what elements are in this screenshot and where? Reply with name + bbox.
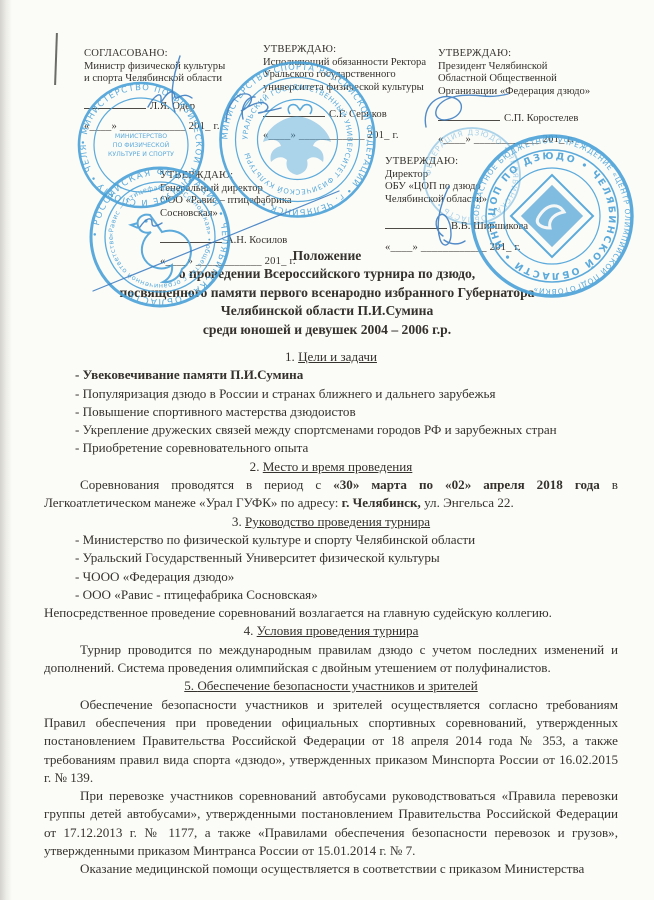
approval-org-line: Директор xyxy=(385,169,553,182)
safety-paragraph-1: Обеспечение безопасности участников и зр… xyxy=(44,696,618,787)
text-run: Соревнования проводятся в период с xyxy=(80,477,333,492)
stamp-center-text: КУЛЬТУРЕ И СПОРТУ xyxy=(108,151,174,158)
signature-kosilov xyxy=(140,219,162,227)
approval-org-line: Министр физической культуры xyxy=(84,61,252,74)
title-line: Челябинской области П.И.Сумина xyxy=(40,302,614,320)
approval-label: УТВЕРЖДАЮ: xyxy=(160,170,332,183)
approval-org-line: Организации «Федерация дзюдо» xyxy=(438,86,616,99)
date-line: «____» ____________ 201_ г. xyxy=(438,134,616,147)
list-item: - Укрепление дружеских связей между спор… xyxy=(75,421,618,439)
document-body: 1. Цели и задачи - Увековечивание памяти… xyxy=(44,348,618,879)
approval-label: УТВЕРЖДАЮ: xyxy=(438,48,616,61)
section-heading-venue: 2. Место и время проведения xyxy=(44,458,618,476)
list-item: - Приобретение соревновательного опыта xyxy=(75,439,618,457)
section-heading-conditions: 4. Условия проведения турнира xyxy=(44,622,618,640)
staple-mark xyxy=(54,33,58,85)
venue-paragraph: Соревнования проводятся в период с «30» … xyxy=(44,476,618,513)
approval-org-line: Президент Челябинской xyxy=(438,61,616,74)
approval-org-line: и спорта Челябинской области xyxy=(84,73,252,86)
stamp-center-text: ПО ФИЗИЧЕСКОЙ xyxy=(113,140,170,149)
document-page: СОГЛАСОВАНО: Министр физической культуры… xyxy=(0,0,654,900)
section-number: 4. xyxy=(244,623,257,638)
signatory-name: А.Н. Косилов xyxy=(226,235,287,246)
section-title: Место и время проведения xyxy=(263,459,413,474)
safety-paragraph-3: Оказание медицинской помощи осуществляет… xyxy=(44,860,618,878)
signature-line xyxy=(84,99,146,109)
signatory-name: С.Г. Сериков xyxy=(329,109,387,120)
approval-org-line: Областной Общественной xyxy=(438,73,616,86)
text-run-bold: «30» марта по «02» апреля 2018 года xyxy=(333,477,600,492)
approval-block-minister: СОГЛАСОВАНО: Министр физической культуры… xyxy=(84,48,252,134)
approval-label: УТВЕРЖДАЮ: xyxy=(263,44,435,57)
section-title: Руководство проведения турнира xyxy=(245,514,430,529)
section-title: Условия проведения турнира xyxy=(257,623,419,638)
stamp-center-text: МИНИСТЕРСТВО xyxy=(115,133,167,140)
date-line: «____» ____________ 201_ г. xyxy=(263,130,435,143)
text-run: ул. Энгельса 22. xyxy=(421,495,514,510)
scan-edge-shadow xyxy=(0,0,12,900)
list-item: - Повышение спортивного мастерства дзюдо… xyxy=(75,403,618,421)
section-heading-safety: 5. Обеспечение безопасности участников и… xyxy=(44,677,618,695)
list-item: - ООО «Равис - птицефабрика Сосновская» xyxy=(75,586,618,604)
signature-line xyxy=(263,107,325,117)
section-number: 5. xyxy=(184,678,197,693)
signature-row: Л.Я. Одер xyxy=(84,99,252,114)
approval-org-line: Исполняющий обязанности Ректора xyxy=(263,57,435,70)
section-heading-goals: 1. Цели и задачи xyxy=(44,348,618,366)
section-number: 3. xyxy=(232,514,245,529)
signatory-name: С.П. Коростелев xyxy=(504,113,578,124)
section-title: Цели и задачи xyxy=(298,349,377,364)
title-line: Положение xyxy=(40,247,614,265)
date-line: «____» ____________ 201_ г. xyxy=(84,121,252,134)
section-heading-leadership: 3. Руководство проведения турнира xyxy=(44,513,618,531)
approval-org-line: Генеральный директор xyxy=(160,183,332,196)
signatory-name: В.В. Ширшикова xyxy=(451,221,528,232)
section-number: 2. xyxy=(250,459,263,474)
approval-label: СОГЛАСОВАНО: xyxy=(84,48,252,61)
document-title: Положение о проведении Всероссийского ту… xyxy=(40,247,614,339)
approval-org-line: ООО «Равис – птицефабрика xyxy=(160,195,332,208)
list-item: - Увековечивание памяти П.И.Сумина xyxy=(75,366,618,384)
approval-org-line: Сосновская» xyxy=(160,208,332,221)
signature-line xyxy=(160,233,222,243)
leadership-list: - Министерство по физической культуре и … xyxy=(44,531,618,604)
title-line: посвященного памяти первого всенародно и… xyxy=(40,284,614,302)
safety-paragraph-2: При перевозке участников соревнований ав… xyxy=(44,787,618,860)
title-line: среди юношей и девушек 2004 – 2006 г.р. xyxy=(40,321,614,339)
list-item: - Уральский Государственный Университет … xyxy=(75,549,618,567)
signature-row: В.В. Ширшикова xyxy=(385,219,553,234)
approval-org-line: Челябинской области» xyxy=(385,194,553,207)
approval-block-federation-president: УТВЕРЖДАЮ: Президент Челябинской Областн… xyxy=(438,48,616,146)
signatory-name: Л.Я. Одер xyxy=(150,101,195,112)
conditions-paragraph: Турнир проводится по международным прави… xyxy=(44,641,618,678)
approval-label: УТВЕРЖДАЮ: xyxy=(385,156,553,169)
approval-org-line: университета физической культуры xyxy=(263,82,435,95)
signature-line xyxy=(385,219,447,229)
section-title: Обеспечение безопасности участников и зр… xyxy=(197,678,477,693)
goals-list: - Увековечивание памяти П.И.Сумина - Поп… xyxy=(44,366,618,457)
list-item: - ЧООО «Федерация дзюдо» xyxy=(75,568,618,586)
leadership-note: Непосредственное проведение соревнований… xyxy=(44,604,618,622)
approval-block-rector: УТВЕРЖДАЮ: Исполняющий обязанности Ректо… xyxy=(263,44,435,142)
signature-row: С.П. Коростелев xyxy=(438,111,616,126)
signature-line xyxy=(438,111,500,121)
approval-org-line: Уральского государственного xyxy=(263,69,435,82)
signature-row: С.Г. Сериков xyxy=(263,107,435,122)
text-run-bold: г. Челябинск, xyxy=(342,495,421,510)
list-item: - Популяризация дзюдо в России и странах… xyxy=(75,385,618,403)
list-item: - Министерство по физической культуре и … xyxy=(75,531,618,549)
approval-block-cop-director: УТВЕРЖДАЮ: Директор ОБУ «ЦОП по дзюдо Че… xyxy=(385,156,553,254)
approval-org-line: ОБУ «ЦОП по дзюдо xyxy=(385,181,553,194)
signature-row: А.Н. Косилов xyxy=(160,233,332,248)
section-number: 1. xyxy=(285,349,298,364)
title-line: о проведении Всероссийского турнира по д… xyxy=(40,265,614,283)
